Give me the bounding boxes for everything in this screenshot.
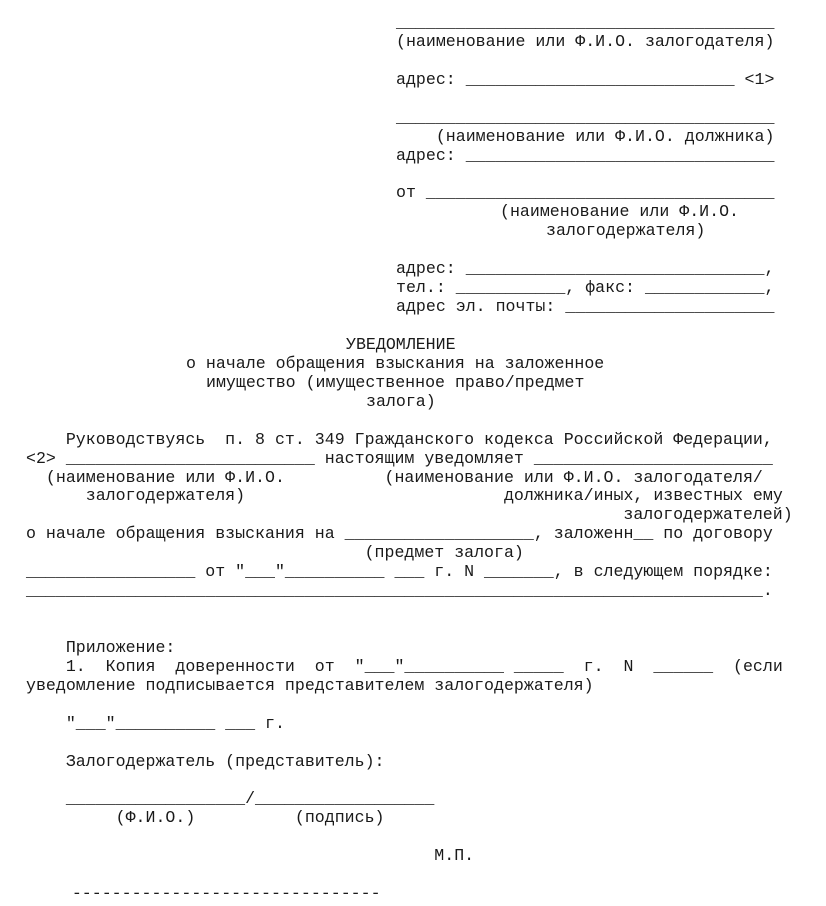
body-line-9: ________________________________________… xyxy=(26,582,773,601)
body-line-2: <2> _________________________ настоящим … xyxy=(26,450,773,469)
debtor-caption: (наименование или Ф.И.О. должника) xyxy=(396,128,774,147)
pledgor-name-blank: ______________________________________ xyxy=(396,14,774,33)
body-line-4: залогодержателя) должника/иных, известны… xyxy=(26,487,783,506)
document-subtitle-1: о начале обращения взыскания на заложенн… xyxy=(186,355,604,374)
body-line-1: Руководствуясь п. 8 ст. 349 Гражданского… xyxy=(26,431,773,450)
pledgor-caption: (наименование или Ф.И.О. залогодателя) xyxy=(396,33,774,52)
date-line: "___"__________ ___ г. xyxy=(26,715,285,734)
attachment-heading: Приложение: xyxy=(26,639,175,658)
body-line-3: (наименование или Ф.И.О. (наименование и… xyxy=(26,469,763,488)
debtor-address: адрес: _______________________________ xyxy=(396,147,774,166)
debtor-name-blank: ______________________________________ xyxy=(396,109,774,128)
pledgee-phone-fax: тел.: ___________, факс: ____________, xyxy=(396,279,774,298)
document-subtitle-3: залога) xyxy=(366,393,436,412)
document-subtitle-2: имущество (имущественное право/предмет xyxy=(206,374,584,393)
pledgee-address: адрес: ______________________________, xyxy=(396,260,774,279)
attachment-item-1: 1. Копия доверенности от "___"__________… xyxy=(26,658,783,677)
signature-captions: (Ф.И.О.) (подпись) xyxy=(26,809,384,828)
body-line-6: о начале обращения взыскания на ________… xyxy=(26,525,773,544)
attachment-item-1-cont: уведомление подписывается представителем… xyxy=(26,677,594,696)
body-line-5: залогодержателей) xyxy=(6,506,793,525)
body-line-8: _________________ от "___"__________ ___… xyxy=(26,563,773,582)
pledgee-caption-1: (наименование или Ф.И.О. xyxy=(500,203,739,222)
footnote-separator: ------------------------------- xyxy=(32,885,381,904)
signature-lines: __________________/__________________ xyxy=(26,790,434,809)
pledgee-email: адрес эл. почты: _____________________ xyxy=(396,298,774,317)
document-title: УВЕДОМЛЕНИЕ xyxy=(346,336,456,355)
pledgor-address: адрес: ___________________________ <1> xyxy=(396,71,774,90)
pledgee-from-line: от ___________________________________ xyxy=(396,184,774,203)
pledgee-caption-2: залогодержателя) xyxy=(546,222,705,241)
stamp-label: М.П. xyxy=(26,847,474,866)
body-line-7: (предмет залога) xyxy=(26,544,524,563)
signatory-label: Залогодержатель (представитель): xyxy=(26,753,384,772)
